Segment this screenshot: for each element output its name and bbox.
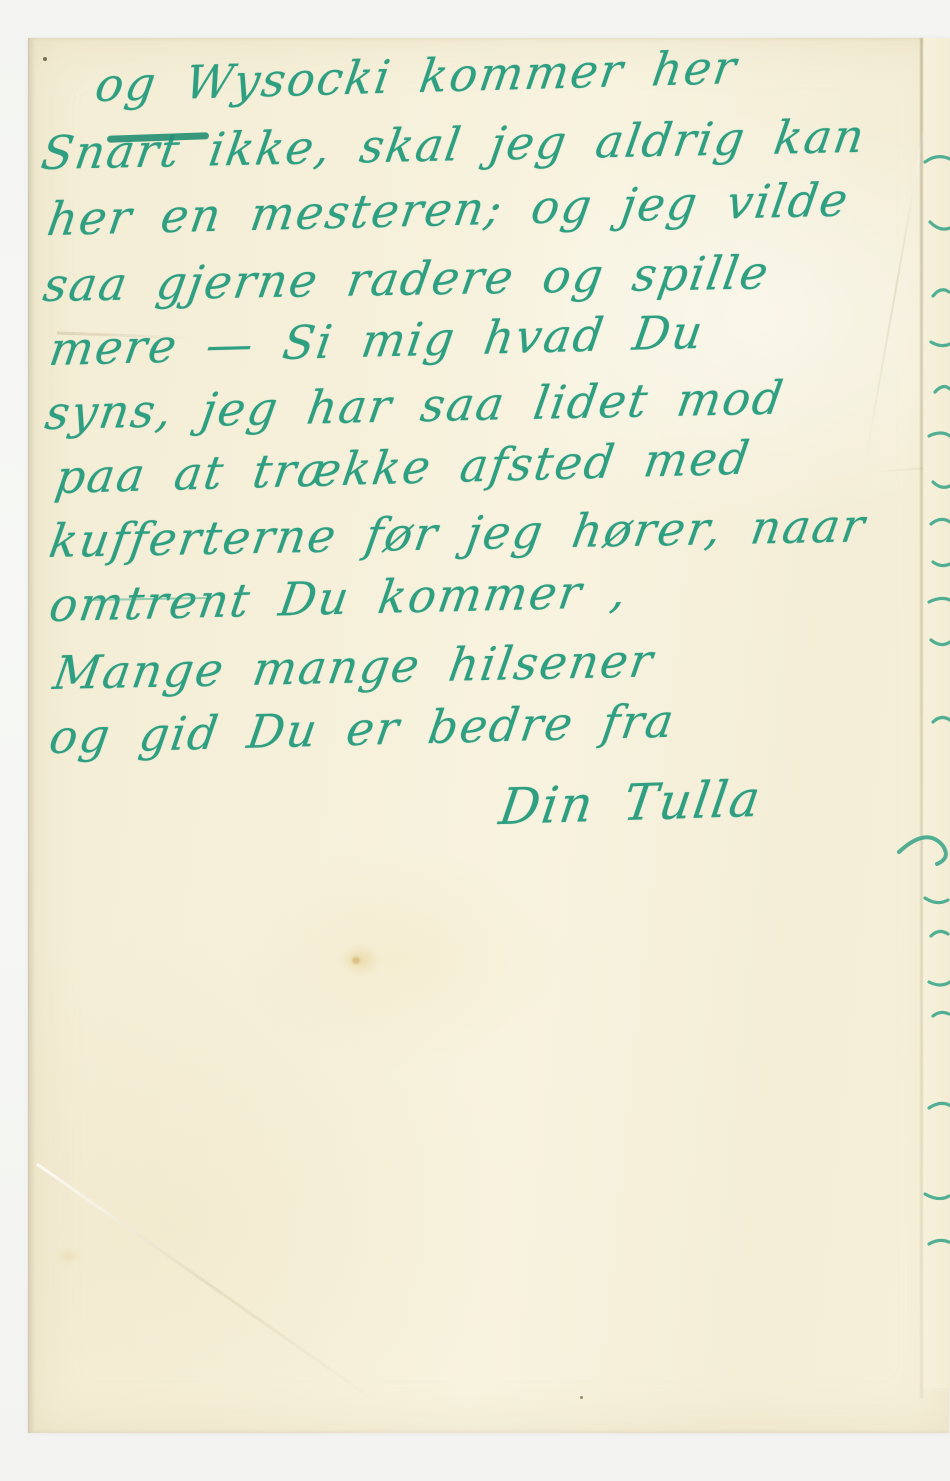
paper-fleck [580,1396,583,1399]
paper-stain [55,1248,81,1264]
signature-line: Din Tulla [496,770,766,837]
ink-fragments-facing-page [893,140,950,1300]
paper-crease [36,1163,382,1406]
letter-scan: { "document": { "kind": "handwritten let… [0,0,950,1481]
paper-stain [340,945,380,975]
paper-stain [352,957,360,964]
paper-fleck [43,57,47,61]
